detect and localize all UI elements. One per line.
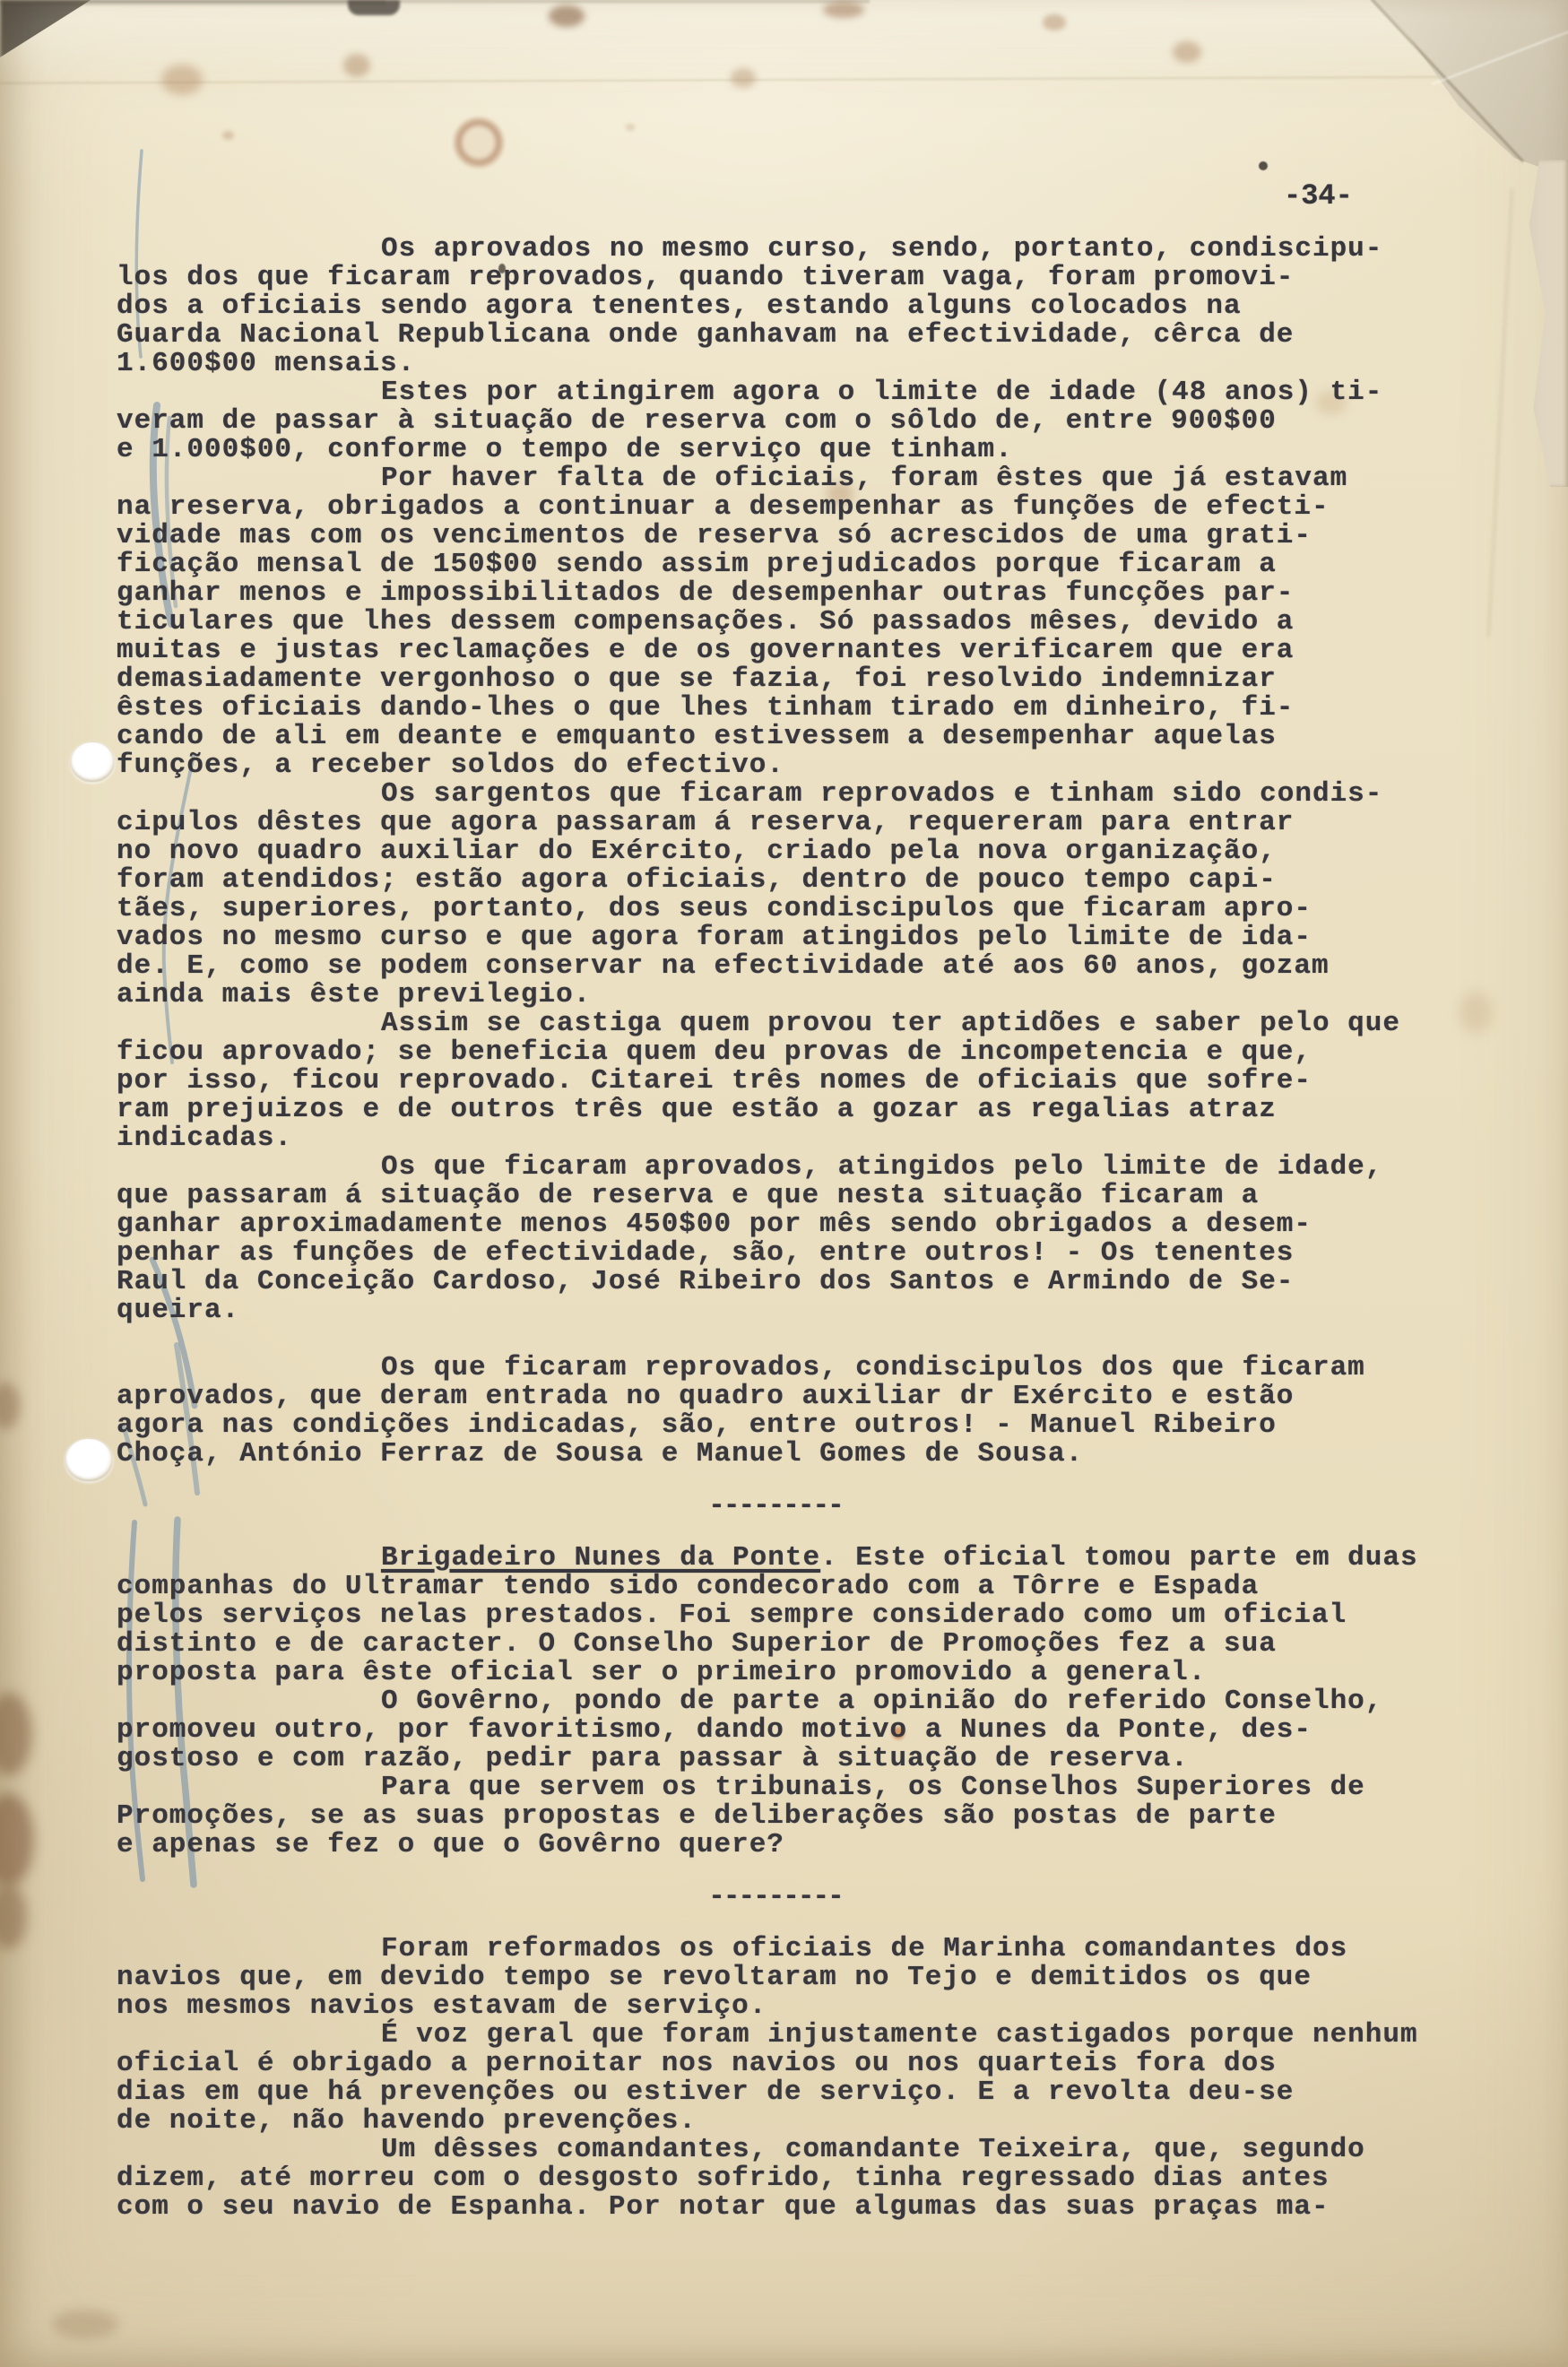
punch-hole (65, 1438, 113, 1482)
text-line: Os sargentos que ficaram reprovados e ti… (117, 780, 1434, 809)
text-line: Guarda Nacional Republicana onde ganhava… (117, 321, 1434, 350)
text-line: Foram reformados os oficiais de Marinha … (117, 1935, 1434, 1964)
text-line: funções, a receber soldos do efectivo. (117, 751, 1434, 780)
text-line: queira. (117, 1296, 1434, 1325)
stain (453, 117, 505, 169)
text-line: agora nas condições indicadas, são, entr… (117, 1411, 1434, 1440)
text-line: É voz geral que foram injustamente casti… (117, 2021, 1434, 2050)
text-line: gostoso e com razão, pedir para passar à… (117, 1745, 1434, 1773)
text-line: por isso, ficou reprovado. Citarei três … (117, 1067, 1434, 1096)
text-line: distinto e de caracter. O Conselho Super… (117, 1630, 1434, 1659)
text-line: ficação mensal de 150$00 sendo assim pre… (117, 551, 1434, 579)
text-line: Promoções, se as suas propostas e delibe… (117, 1802, 1434, 1831)
stain (626, 124, 635, 131)
text-line: Para que servem os tribunais, os Conselh… (117, 1773, 1434, 1802)
typed-separator: --------- (117, 1469, 1434, 1544)
text-line: e 1.000$00, conforme o tempo de serviço … (117, 436, 1434, 464)
text-line: de. E, como se podem conservar na efecti… (117, 952, 1434, 981)
stain-left-edge (0, 1383, 20, 1429)
text-line: 1.600$00 mensais. (117, 350, 1434, 378)
text-line: Choça, António Ferraz de Sousa e Manuel … (117, 1440, 1434, 1469)
text-line: ticulares que lhes dessem compensações. … (117, 608, 1434, 637)
text-line: dias em que há prevenções ou estiver de … (117, 2078, 1434, 2107)
text-line: ram prejuizos e de outros três que estão… (117, 1096, 1434, 1124)
text-line: indicadas. (117, 1124, 1434, 1153)
stain (1460, 992, 1492, 1033)
text-line: dizem, até morreu com o desgosto sofrido… (117, 2164, 1434, 2193)
text-line: demasiadamente vergonhoso o que se fazia… (117, 665, 1434, 694)
text-line: O Govêrno, pondo de parte a opinião do r… (117, 1687, 1434, 1716)
text-line: de noite, não havendo prevenções. (117, 2107, 1434, 2136)
underlined-heading: Brigadeiro Nunes da Ponte (381, 1542, 820, 1574)
text-line: no novo quadro auxiliar do Exército, cri… (117, 837, 1434, 866)
text-line: Assim se castiga quem provou ter aptidõe… (117, 1010, 1434, 1038)
text-line: muitas e justas reclamações e de os gove… (117, 637, 1434, 665)
text-line: aprovados, que deram entrada no quadro a… (117, 1383, 1434, 1411)
text-line: navios que, em devido tempo se revoltara… (117, 1964, 1434, 1992)
stain-left-edge (0, 1693, 32, 1775)
scanned-page: -34- Os aprovados no mesmo curso, sendo,… (0, 0, 1568, 2367)
text-line: ganhar menos e impossibilitados de desem… (117, 579, 1434, 608)
document-text: Os aprovados no mesmo curso, sendo, port… (117, 235, 1434, 2222)
text-line: ficou aprovado; se beneficia quem deu pr… (117, 1038, 1434, 1067)
ink-speck (1259, 161, 1268, 170)
text-line: promoveu outro, por favoritismo, dando m… (117, 1716, 1434, 1745)
text-line: oficial é obrigado a pernoitar nos navio… (117, 2050, 1434, 2078)
text-line: dos a oficiais sendo agora tenentes, est… (117, 292, 1434, 321)
text-line: ainda mais êste previlegio. (117, 981, 1434, 1010)
stain (222, 131, 234, 140)
text-line: veram de passar à situação de reserva co… (117, 407, 1434, 436)
text-line: companhas do Ultramar tendo sido condeco… (117, 1573, 1434, 1601)
top-edge-notch (348, 0, 400, 15)
vertical-crease (1487, 188, 1513, 636)
separator-dashes: --------- (708, 1492, 842, 1521)
text-line: êstes oficiais dando-lhes o que lhes tin… (117, 694, 1434, 723)
text-line: Os que ficaram reprovados, condiscipulos… (117, 1354, 1434, 1383)
text-line: pelos serviços nelas prestados. Foi semp… (117, 1601, 1434, 1630)
text-line: na reserva, obrigados a continuar a dese… (117, 493, 1434, 522)
blank-line (117, 1325, 1434, 1354)
separator-dashes: --------- (708, 1883, 842, 1912)
text-line: Por haver falta de oficiais, foram êstes… (117, 464, 1434, 493)
text-line: proposta para êste oficial ser o primeir… (117, 1659, 1434, 1687)
text-line: foram atendidos; estão agora oficiais, d… (117, 866, 1434, 895)
text-line: cando de ali em deante e emquanto estive… (117, 723, 1434, 751)
text-line: los dos que ficaram reprovados, quando t… (117, 264, 1434, 292)
punch-hole (70, 741, 115, 783)
text-line: Estes por atingirem agora o limite de id… (117, 378, 1434, 407)
stain-left-edge (0, 1793, 34, 1886)
text-line: ganhar aproximadamente menos 450$00 por … (117, 1210, 1434, 1239)
text-line: Os que ficaram aprovados, atingidos pelo… (117, 1153, 1434, 1182)
top-edge-shadow (0, 0, 386, 6)
typed-separator: --------- (117, 1860, 1434, 1935)
top-edge-shadow-2 (386, 0, 870, 4)
torn-right-edge (1526, 160, 1568, 487)
text-line: Os aprovados no mesmo curso, sendo, port… (117, 235, 1434, 264)
text-line: cipulos dêstes que agora passaram á rese… (117, 809, 1434, 837)
page-number: -34- (1284, 181, 1353, 212)
text-line: vidade mas com os vencimentos de reserva… (117, 522, 1434, 551)
stain-left-edge (0, 1885, 27, 1949)
text-line: vados no mesmo curso e que agora foram a… (117, 923, 1434, 952)
stain (52, 2310, 118, 2338)
text-line: Brigadeiro Nunes da Ponte. Este oficial … (117, 1544, 1434, 1573)
text-line: com o seu navio de Espanha. Por notar qu… (117, 2193, 1434, 2222)
text-line: nos mesmos navios estavam de serviço. (117, 1992, 1434, 2021)
text-line: Um dêsses comandantes, comandante Teixei… (117, 2136, 1434, 2164)
paper-top-light-band (0, 0, 1568, 82)
text-line: tães, superiores, portanto, dos seus con… (117, 895, 1434, 923)
text-line: e apenas se fez o que o Govêrno quere? (117, 1831, 1434, 1860)
text-line: Raul da Conceição Cardoso, José Ribeiro … (117, 1268, 1434, 1296)
text-line: penhar as funções de efectividade, são, … (117, 1239, 1434, 1268)
text-line: que passaram á situação de reserva e que… (117, 1182, 1434, 1210)
